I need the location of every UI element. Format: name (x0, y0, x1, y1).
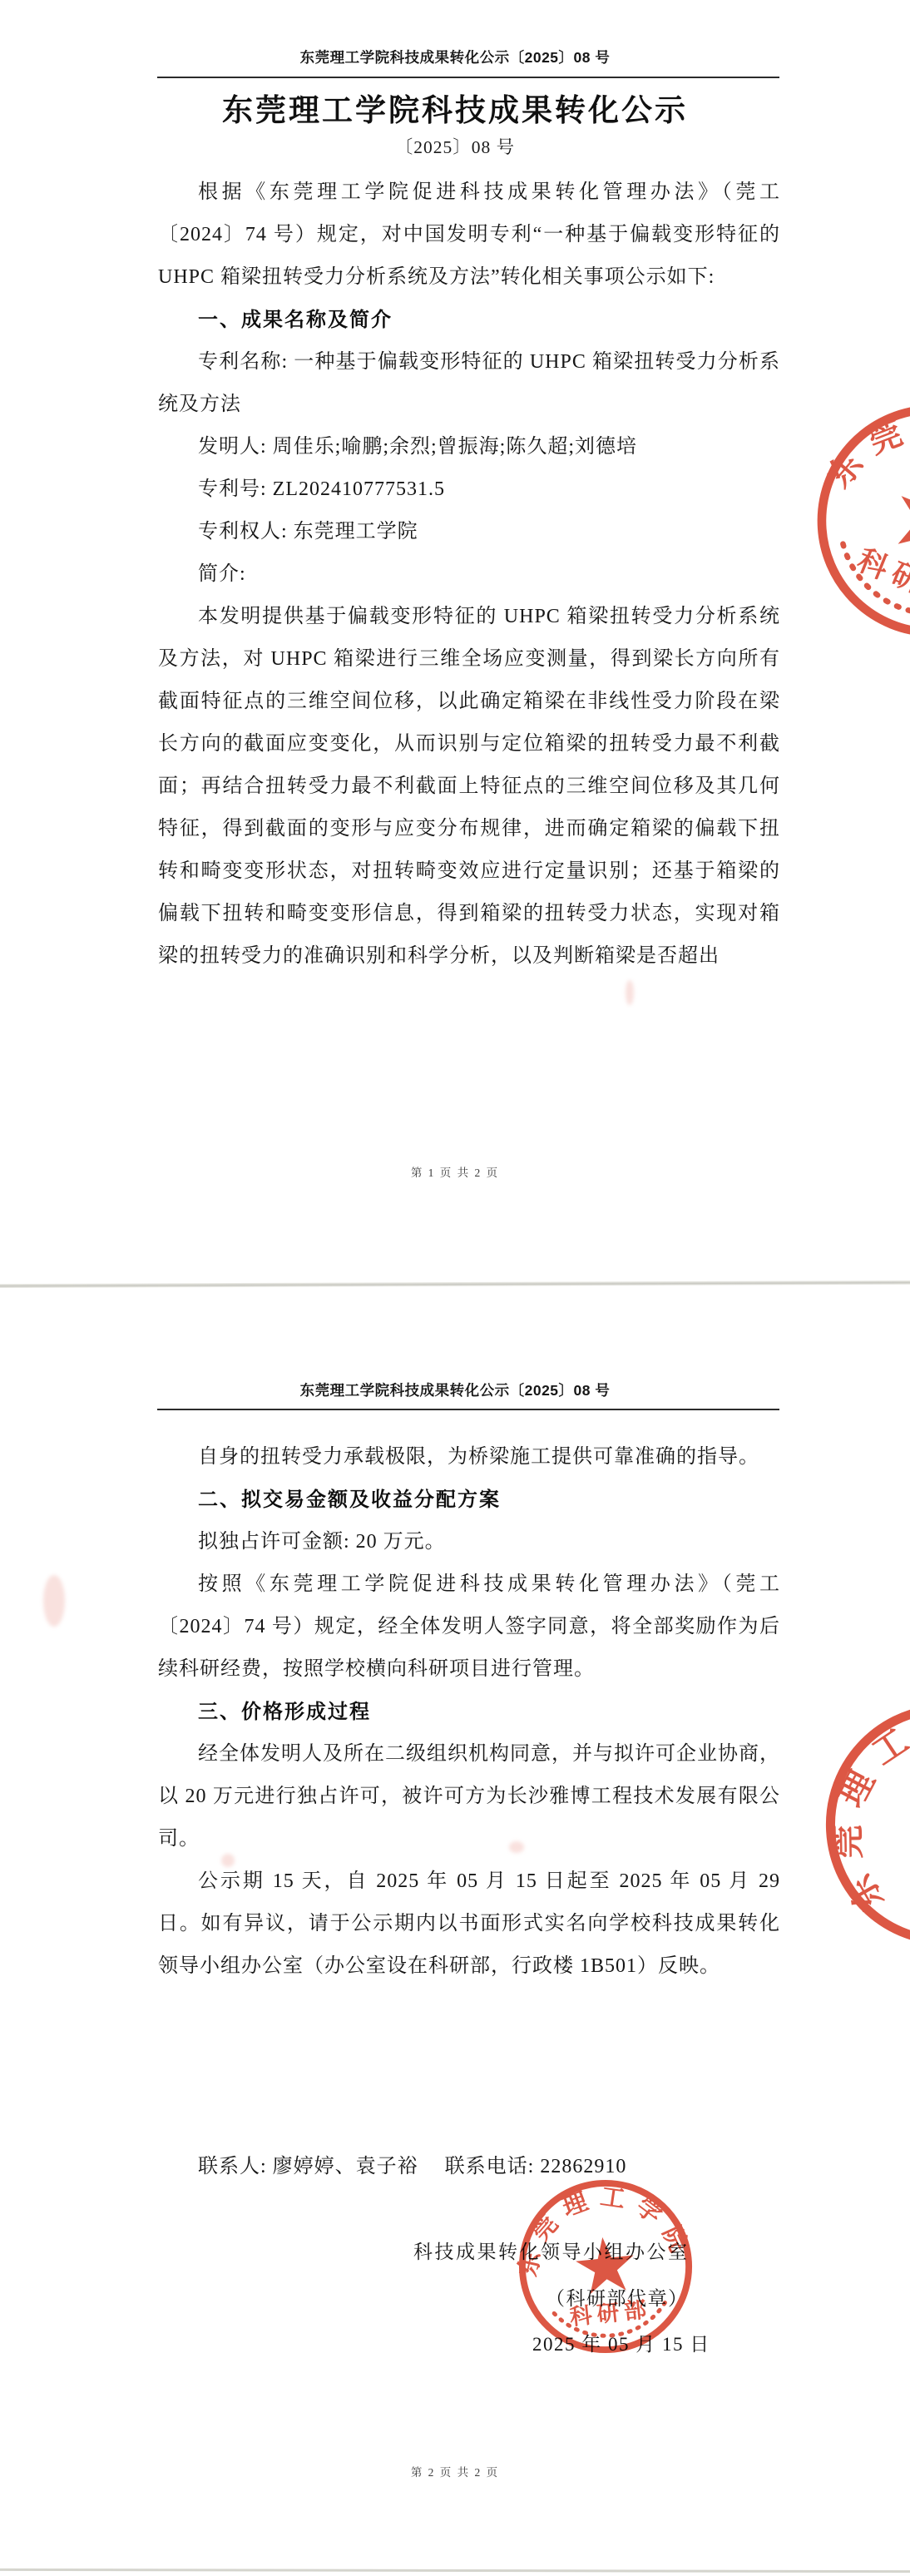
publicity-period-paragraph: 公示期 15 天，自 2025 年 05 月 15 日起至 2025 年 05 … (158, 1860, 780, 1988)
seal-org-arc-text: 东莞理工学院 (774, 1651, 910, 1925)
header-rule (157, 1409, 779, 1410)
carryover-paragraph: 自身的扭转受力承载极限，为桥梁施工提供可靠准确的指导。 (158, 1436, 780, 1479)
intro-paragraph: 本发明提供基于偏载变形特征的 UHPC 箱梁扭转受力分析系统及方法，对 UHPC… (158, 596, 780, 978)
ink-smudge (626, 980, 634, 1005)
document-title: 东莞理工学院科技成果转化公示 (0, 85, 910, 130)
page2-footer: 第 2 页 共 2 页 (0, 2463, 910, 2479)
page2-body: 自身的扭转受力承载极限，为桥梁施工提供可靠准确的指导。 二、拟交易金额及收益分配… (158, 1436, 780, 1988)
section-heading-2: 二、拟交易金额及收益分配方案 (158, 1479, 780, 1521)
reward-policy-paragraph: 按照《东莞理工学院促进科技成果转化管理办法》（莞工〔2024〕74 号）规定，经… (158, 1563, 780, 1691)
official-seal-partial-page2: 东莞理工学院 ★ 科研部 (768, 1646, 910, 2003)
patentee-line: 专利权人: 东莞理工学院 (158, 511, 780, 553)
paragraph-basis: 根据《东莞理工学院促进科技成果转化管理办法》（莞工〔2024〕74 号）规定，对… (158, 171, 780, 299)
page1-body: 根据《东莞理工学院促进科技成果转化管理办法》（莞工〔2024〕74 号）规定，对… (158, 171, 780, 978)
scan-bottom-edge (0, 2569, 910, 2573)
document-number: 〔2025〕08 号 (0, 133, 910, 159)
intro-label: 简介: (158, 553, 780, 596)
section-heading-3: 三、价格形成过程 (158, 1691, 780, 1733)
inventors-line: 发明人: 周佳乐;喻鹏;余烈;曾振海;陈久超;刘德培 (158, 426, 780, 468)
patent-number-line: 专利号: ZL202410777531.5 (158, 468, 780, 511)
ink-smudge (509, 1841, 524, 1853)
official-seal-partial-page1: 东莞理工学院 ★ 科研部 (775, 363, 910, 679)
license-amount-line: 拟独占许可金额: 20 万元。 (158, 1521, 780, 1563)
header-rule (157, 77, 779, 78)
page2-running-header: 东莞理工学院科技成果转化公示〔2025〕08 号 (0, 1380, 910, 1400)
ink-smudge (221, 1854, 235, 1867)
scanned-page-2: 东莞理工学院科技成果转化公示〔2025〕08 号 自身的扭转受力承载极限，为桥梁… (0, 1288, 910, 2576)
page1-footer: 第 1 页 共 2 页 (0, 1163, 910, 1180)
section-heading-1: 一、成果名称及简介 (158, 299, 780, 341)
ink-smudge (43, 1575, 65, 1627)
official-seal-signature: 东莞理工学院 ★ 科研部 (506, 2167, 705, 2366)
price-formation-paragraph: 经全体发明人及所在二级组织机构同意，并与拟许可企业协商，以 20 万元进行独占许… (158, 1733, 780, 1860)
patent-name-line: 专利名称: 一种基于偏载变形特征的 UHPC 箱梁扭转受力分析系统及方法 (158, 341, 780, 426)
contact-line: 联系人: 廖婷婷、袁子裕 联系电话: 22862910 (158, 2149, 790, 2178)
svg-text:东莞理工学院: 东莞理工学院 (774, 1651, 910, 1925)
scanned-page-1: 东莞理工学院科技成果转化公示〔2025〕08 号 东莞理工学院科技成果转化公示 … (0, 0, 910, 1284)
page1-running-header: 东莞理工学院科技成果转化公示〔2025〕08 号 (0, 47, 910, 67)
